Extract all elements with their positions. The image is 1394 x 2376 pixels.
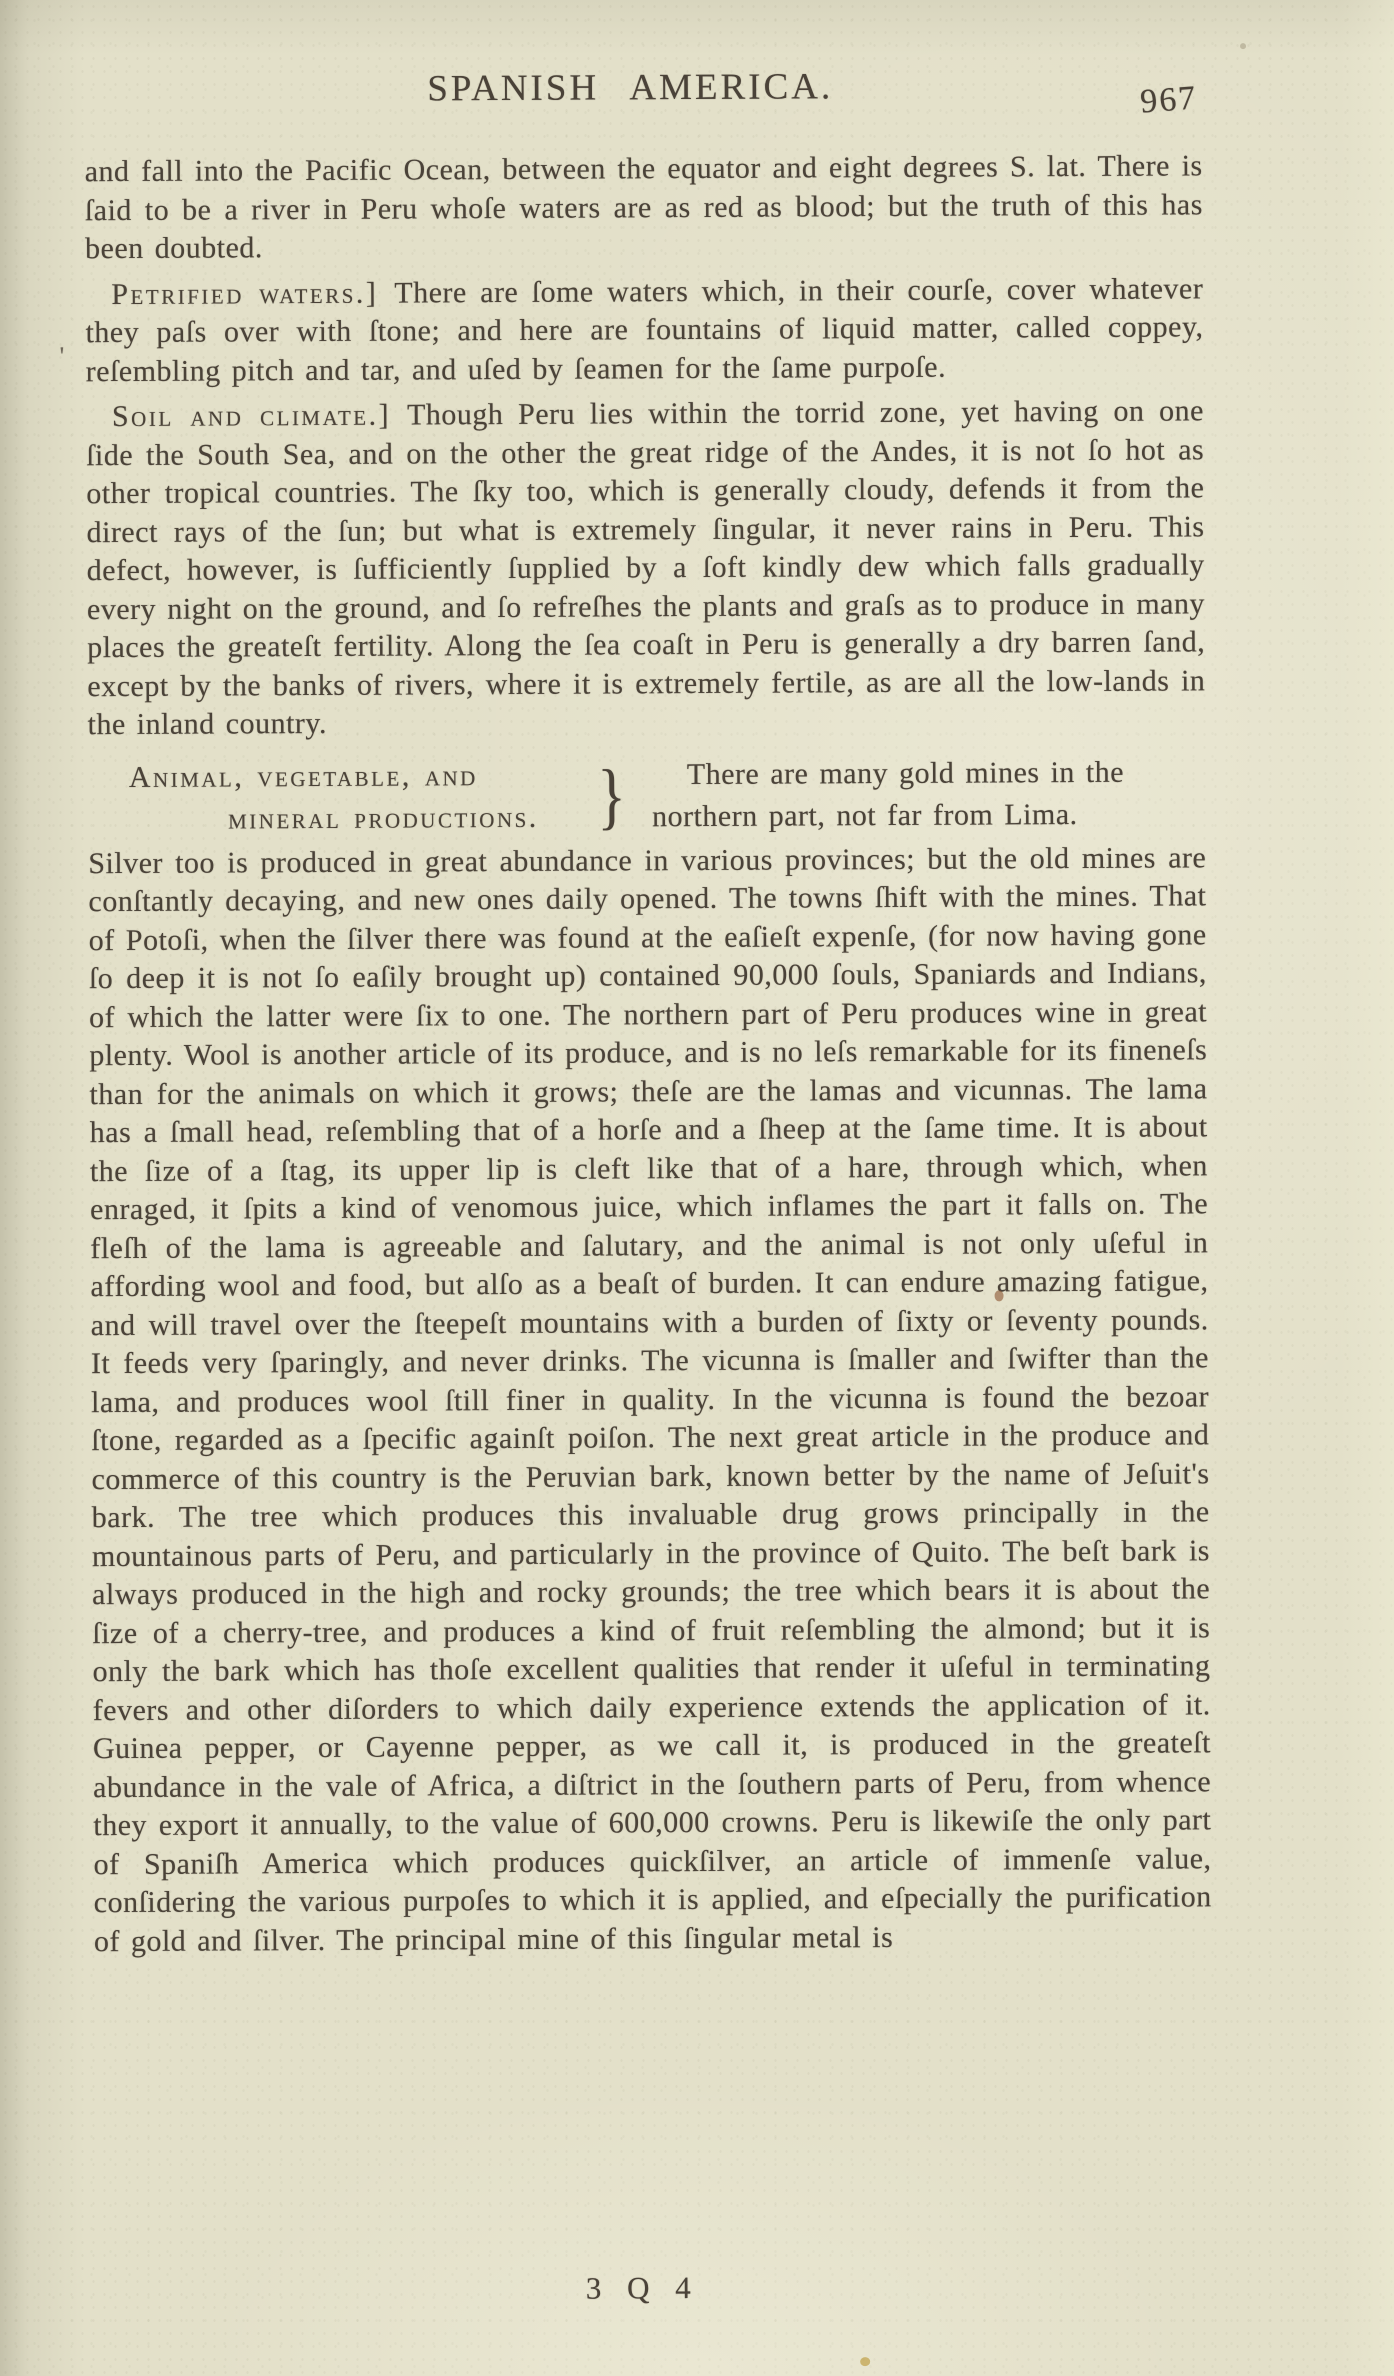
paragraph-petrified-waters: Petrified waters.]There are ſome waters …	[85, 270, 1204, 391]
lead-line-2: northern part, not far from Lima.	[647, 793, 1206, 838]
book-page: SPANISH AMERICA. 967 ' and fall into the…	[0, 0, 1394, 2376]
running-head: SPANISH AMERICA.	[0, 63, 1266, 113]
section-head-bracket: ]	[378, 399, 389, 432]
section-head-petrified-waters: Petrified waters.	[111, 276, 366, 310]
ink-speck	[860, 2357, 870, 2366]
paragraph-text: and fall into the Pacific Ocean, between…	[85, 149, 1203, 265]
section-head-line-2: mineral productions.	[88, 796, 593, 841]
paragraph-text: Silver too is produced in great abundanc…	[88, 841, 1212, 1958]
page-number: 967	[1139, 79, 1199, 121]
section-head-soil-and-climate: Soil and climate.	[112, 399, 379, 433]
lead-line-1: There are many gold mines in the	[647, 751, 1206, 796]
paragraph-soil-and-climate: Soil and climate.]Though Peru lies withi…	[86, 392, 1206, 744]
productions-lead-lines: There are many gold mines in the norther…	[647, 751, 1206, 838]
page-content: SPANISH AMERICA. 967 ' and fall into the…	[0, 0, 1394, 2376]
paragraph-productions-heading: Animal, vegetable, and mineral productio…	[88, 751, 1206, 841]
printers-signature: 3 Q 4	[523, 2270, 763, 2307]
brace-glyph: }	[597, 756, 633, 836]
section-head-bracket: ]	[366, 276, 377, 309]
paragraph-text: Though Peru lies within the torrid zone,…	[86, 394, 1205, 741]
paragraph-continuation: and fall into the Pacific Ocean, between…	[85, 147, 1204, 268]
page-text: and fall into the Pacific Ocean, between…	[85, 147, 1212, 1961]
section-head-line-1: Animal, vegetable, and	[88, 754, 593, 799]
section-head-productions: Animal, vegetable, and mineral productio…	[88, 754, 593, 841]
paragraph-productions-body: Silver too is produced in great abundanc…	[88, 839, 1212, 1961]
stray-ink-mark: '	[60, 341, 65, 371]
ink-speck	[1240, 43, 1246, 49]
